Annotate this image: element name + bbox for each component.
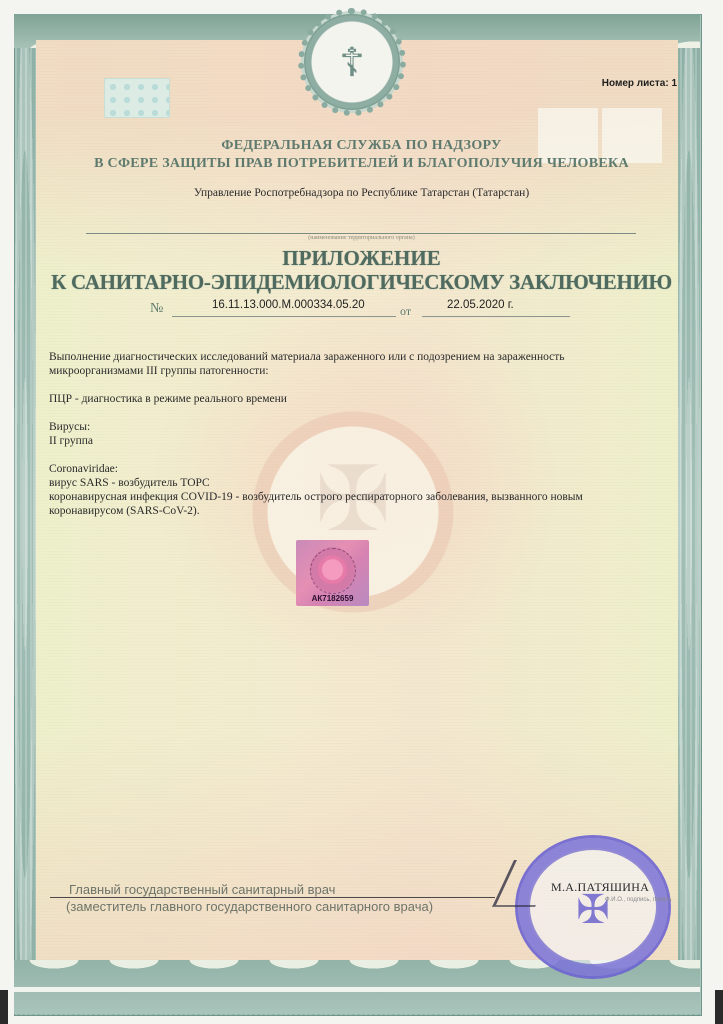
sheet-number: Номер листа: 1 [602, 78, 677, 89]
office-underline [86, 233, 636, 234]
official-stamp: ✠ [515, 835, 671, 979]
document-subtitle: К САНИТАРНО-ЭПИДЕМИОЛОГИЧЕСКОМУ ЗАКЛЮЧЕН… [0, 270, 723, 295]
number-date-row: № 16.11.13.000.М.000334.05.20 от 22.05.2… [0, 299, 723, 319]
viruses-label: Вирусы: [49, 420, 649, 434]
date-underline [422, 316, 570, 317]
signature-line [50, 897, 495, 898]
number-underline [172, 316, 396, 317]
certificate-sheet: ☦ Номер листа: 1 ФЕДЕРАЛЬНАЯ СЛУЖБА ПО Н… [0, 0, 723, 1024]
signer-name: М.А.ПАТЯШИНА [551, 880, 649, 895]
method-description: ПЦР - диагностика в режиме реального вре… [49, 392, 649, 406]
pathogen-group: II группа [49, 434, 649, 448]
activity-description: Выполнение диагностических исследований … [49, 350, 649, 378]
blank-box [538, 108, 598, 163]
virus-item: коронавирусная инфекция COVID-19 - возбу… [49, 490, 649, 518]
scan-edge [715, 990, 723, 1024]
virus-family: Coronaviridae: [49, 462, 649, 476]
from-label: от [400, 304, 411, 319]
document-title: ПРИЛОЖЕНИЕ [0, 246, 723, 271]
scan-edge [0, 990, 8, 1024]
territorial-office: Управление Роспотребнадзора по Республик… [0, 187, 723, 199]
number-sign: № [150, 301, 163, 317]
office-caption: (наименование территориального органа) [0, 235, 723, 241]
hologram-ring-icon [310, 548, 356, 594]
security-pattern-strip [104, 78, 170, 118]
coat-of-arms-emblem-icon: ☦ [304, 14, 400, 110]
agency-name-line1: ФЕДЕРАЛЬНАЯ СЛУЖБА ПО НАДЗОРУ [0, 138, 723, 154]
agency-name-line2: В СФЕРЕ ЗАЩИТЫ ПРАВ ПОТРЕБИТЕЛЕЙ И БЛАГО… [0, 156, 723, 172]
page-fold [14, 987, 700, 992]
signer-caption: Ф.И.О., подпись, печать [605, 897, 671, 903]
document-body: Выполнение диагностических исследований … [49, 350, 649, 518]
virus-item: вирус SARS - возбудитель ТОРС [49, 476, 649, 490]
blank-box [602, 108, 662, 163]
signatory-subtitle: (заместитель главного государственного с… [66, 899, 433, 914]
hologram-serial: АК7182659 [296, 594, 369, 603]
security-hologram: АК7182659 [296, 540, 369, 606]
document-date: 22.05.2020 г. [447, 299, 514, 311]
document-number: 16.11.13.000.М.000334.05.20 [212, 299, 365, 311]
signatory-title: Главный государственный санитарный врач [69, 882, 335, 897]
